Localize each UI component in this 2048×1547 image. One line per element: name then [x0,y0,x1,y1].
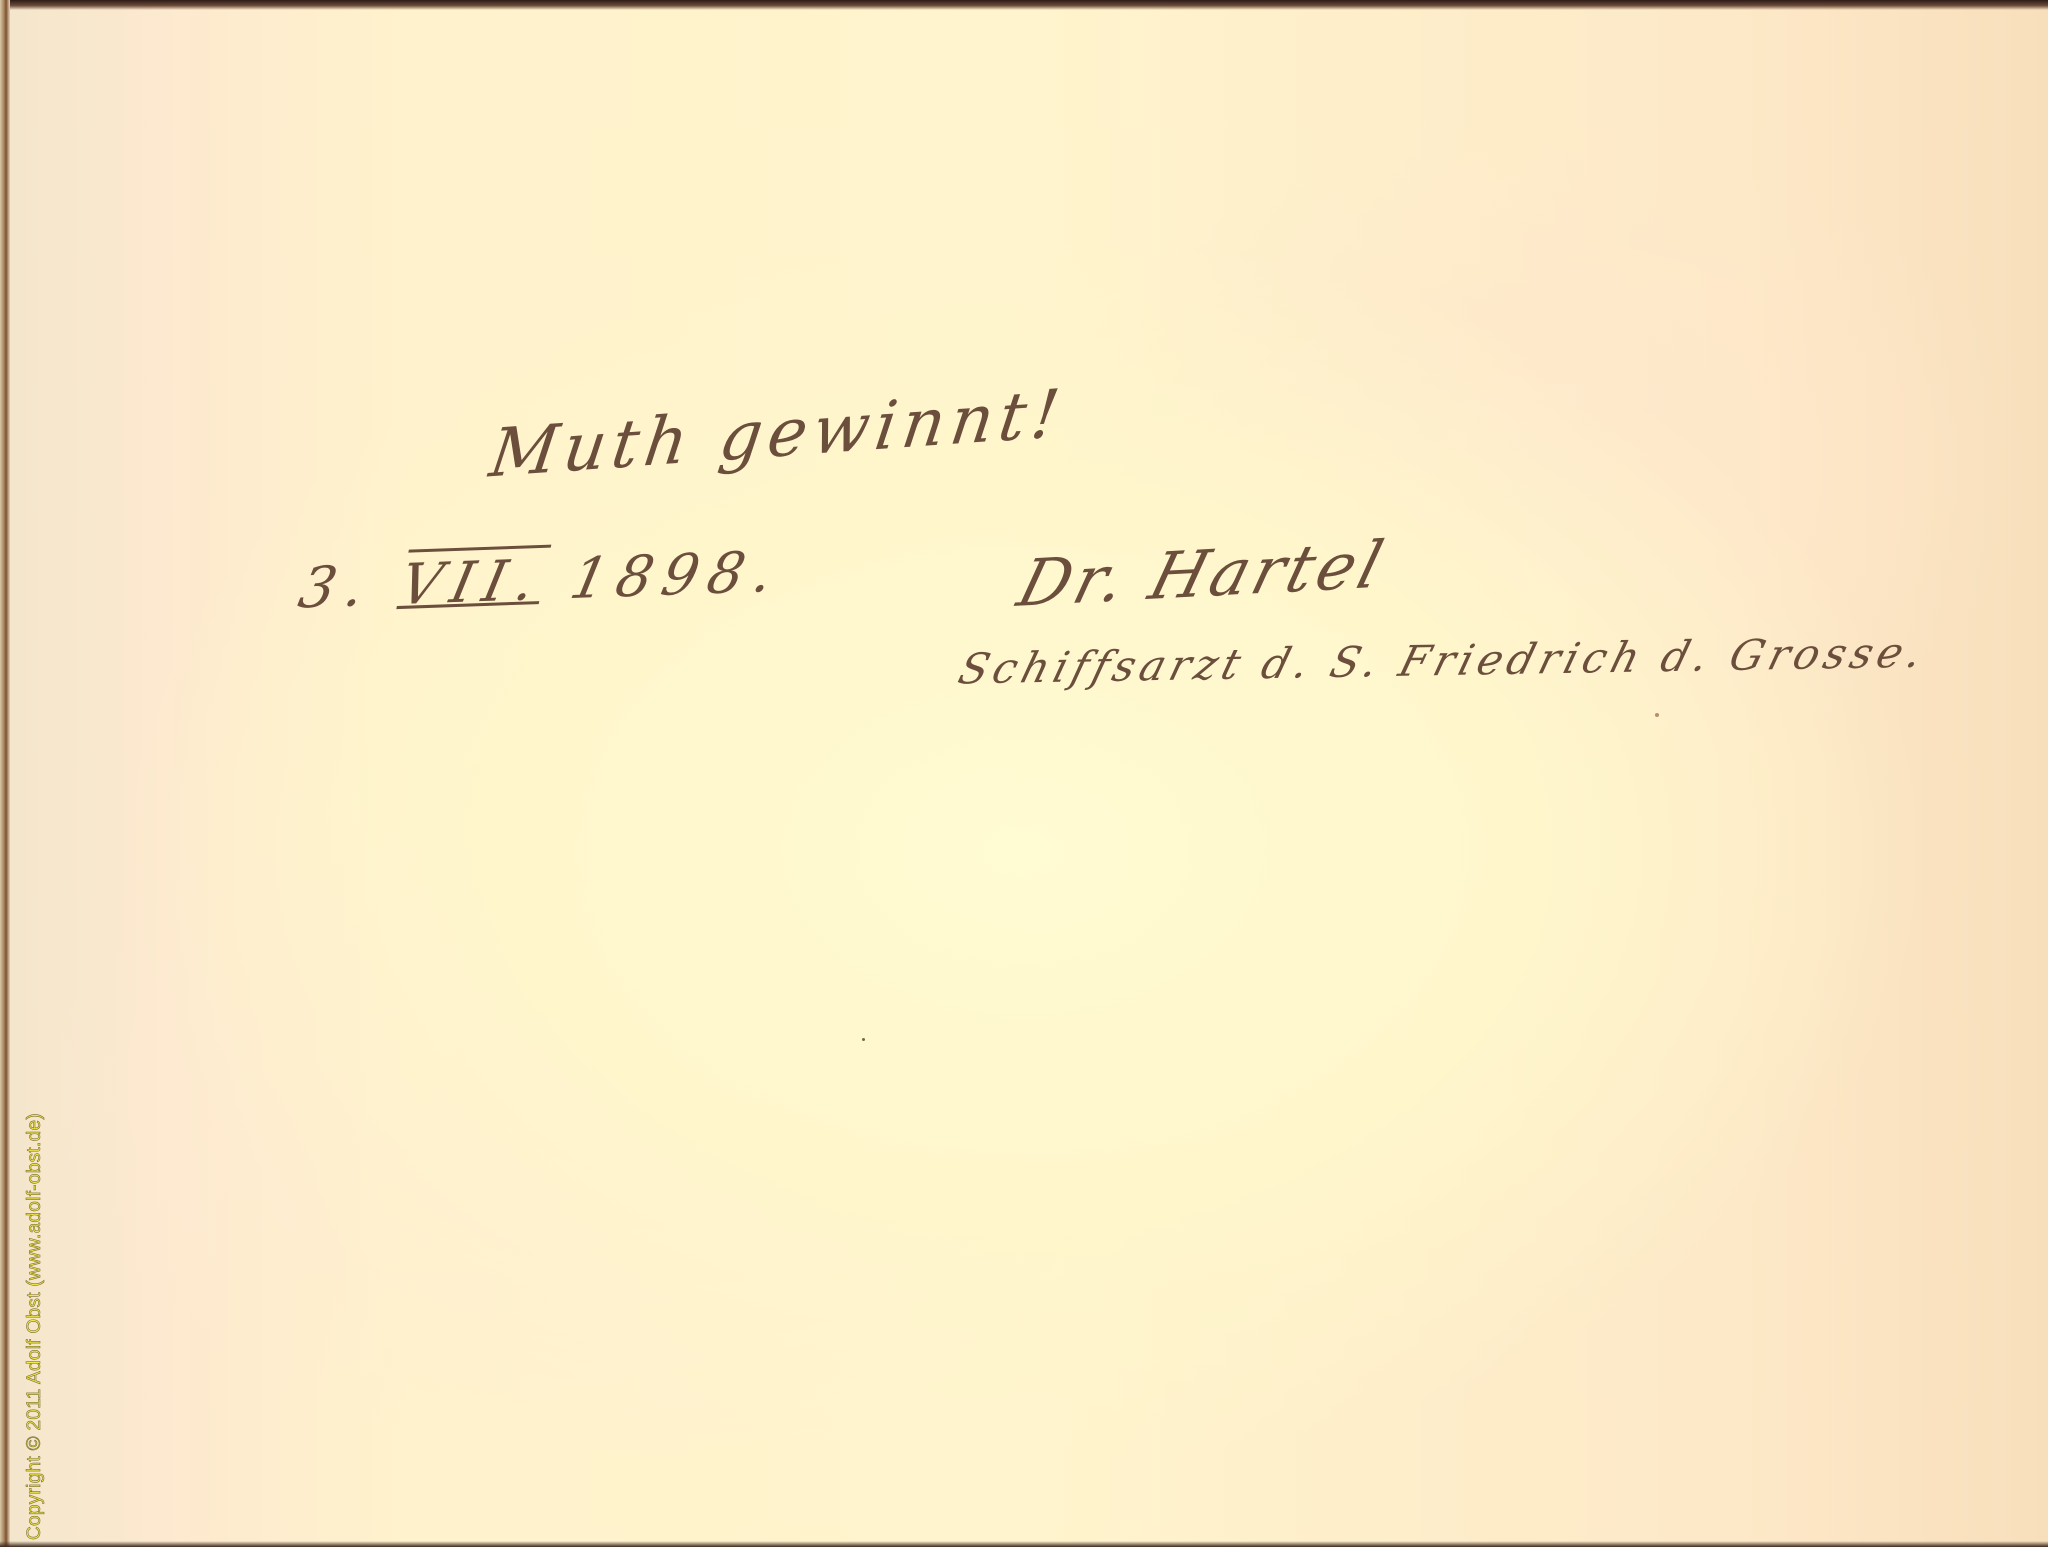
page-bottom-edge [0,1541,2048,1547]
date-year: 1898. [565,539,789,612]
handwritten-signature: Dr. Hartel [1010,528,1394,622]
copyright-watermark: Copyright © 2011 Adolf Obst (www.adolf-o… [24,1113,46,1540]
handwritten-date: 3. VII. 1898. [293,539,789,621]
handwritten-motto: Muth gewinnt! [485,374,1070,492]
ink-speck [862,1038,865,1041]
date-month: VII. [394,548,550,618]
date-day: 3. [293,554,380,622]
handwritten-title-line: Schiffsarzt d. S. Friedrich d. Grosse. [953,627,1932,693]
page-binding-edge [0,0,10,1547]
page-top-edge [0,0,2048,10]
ink-speck [1655,713,1659,717]
album-page: Muth gewinnt! 3. VII. 1898. Dr. Hartel S… [0,0,2048,1547]
